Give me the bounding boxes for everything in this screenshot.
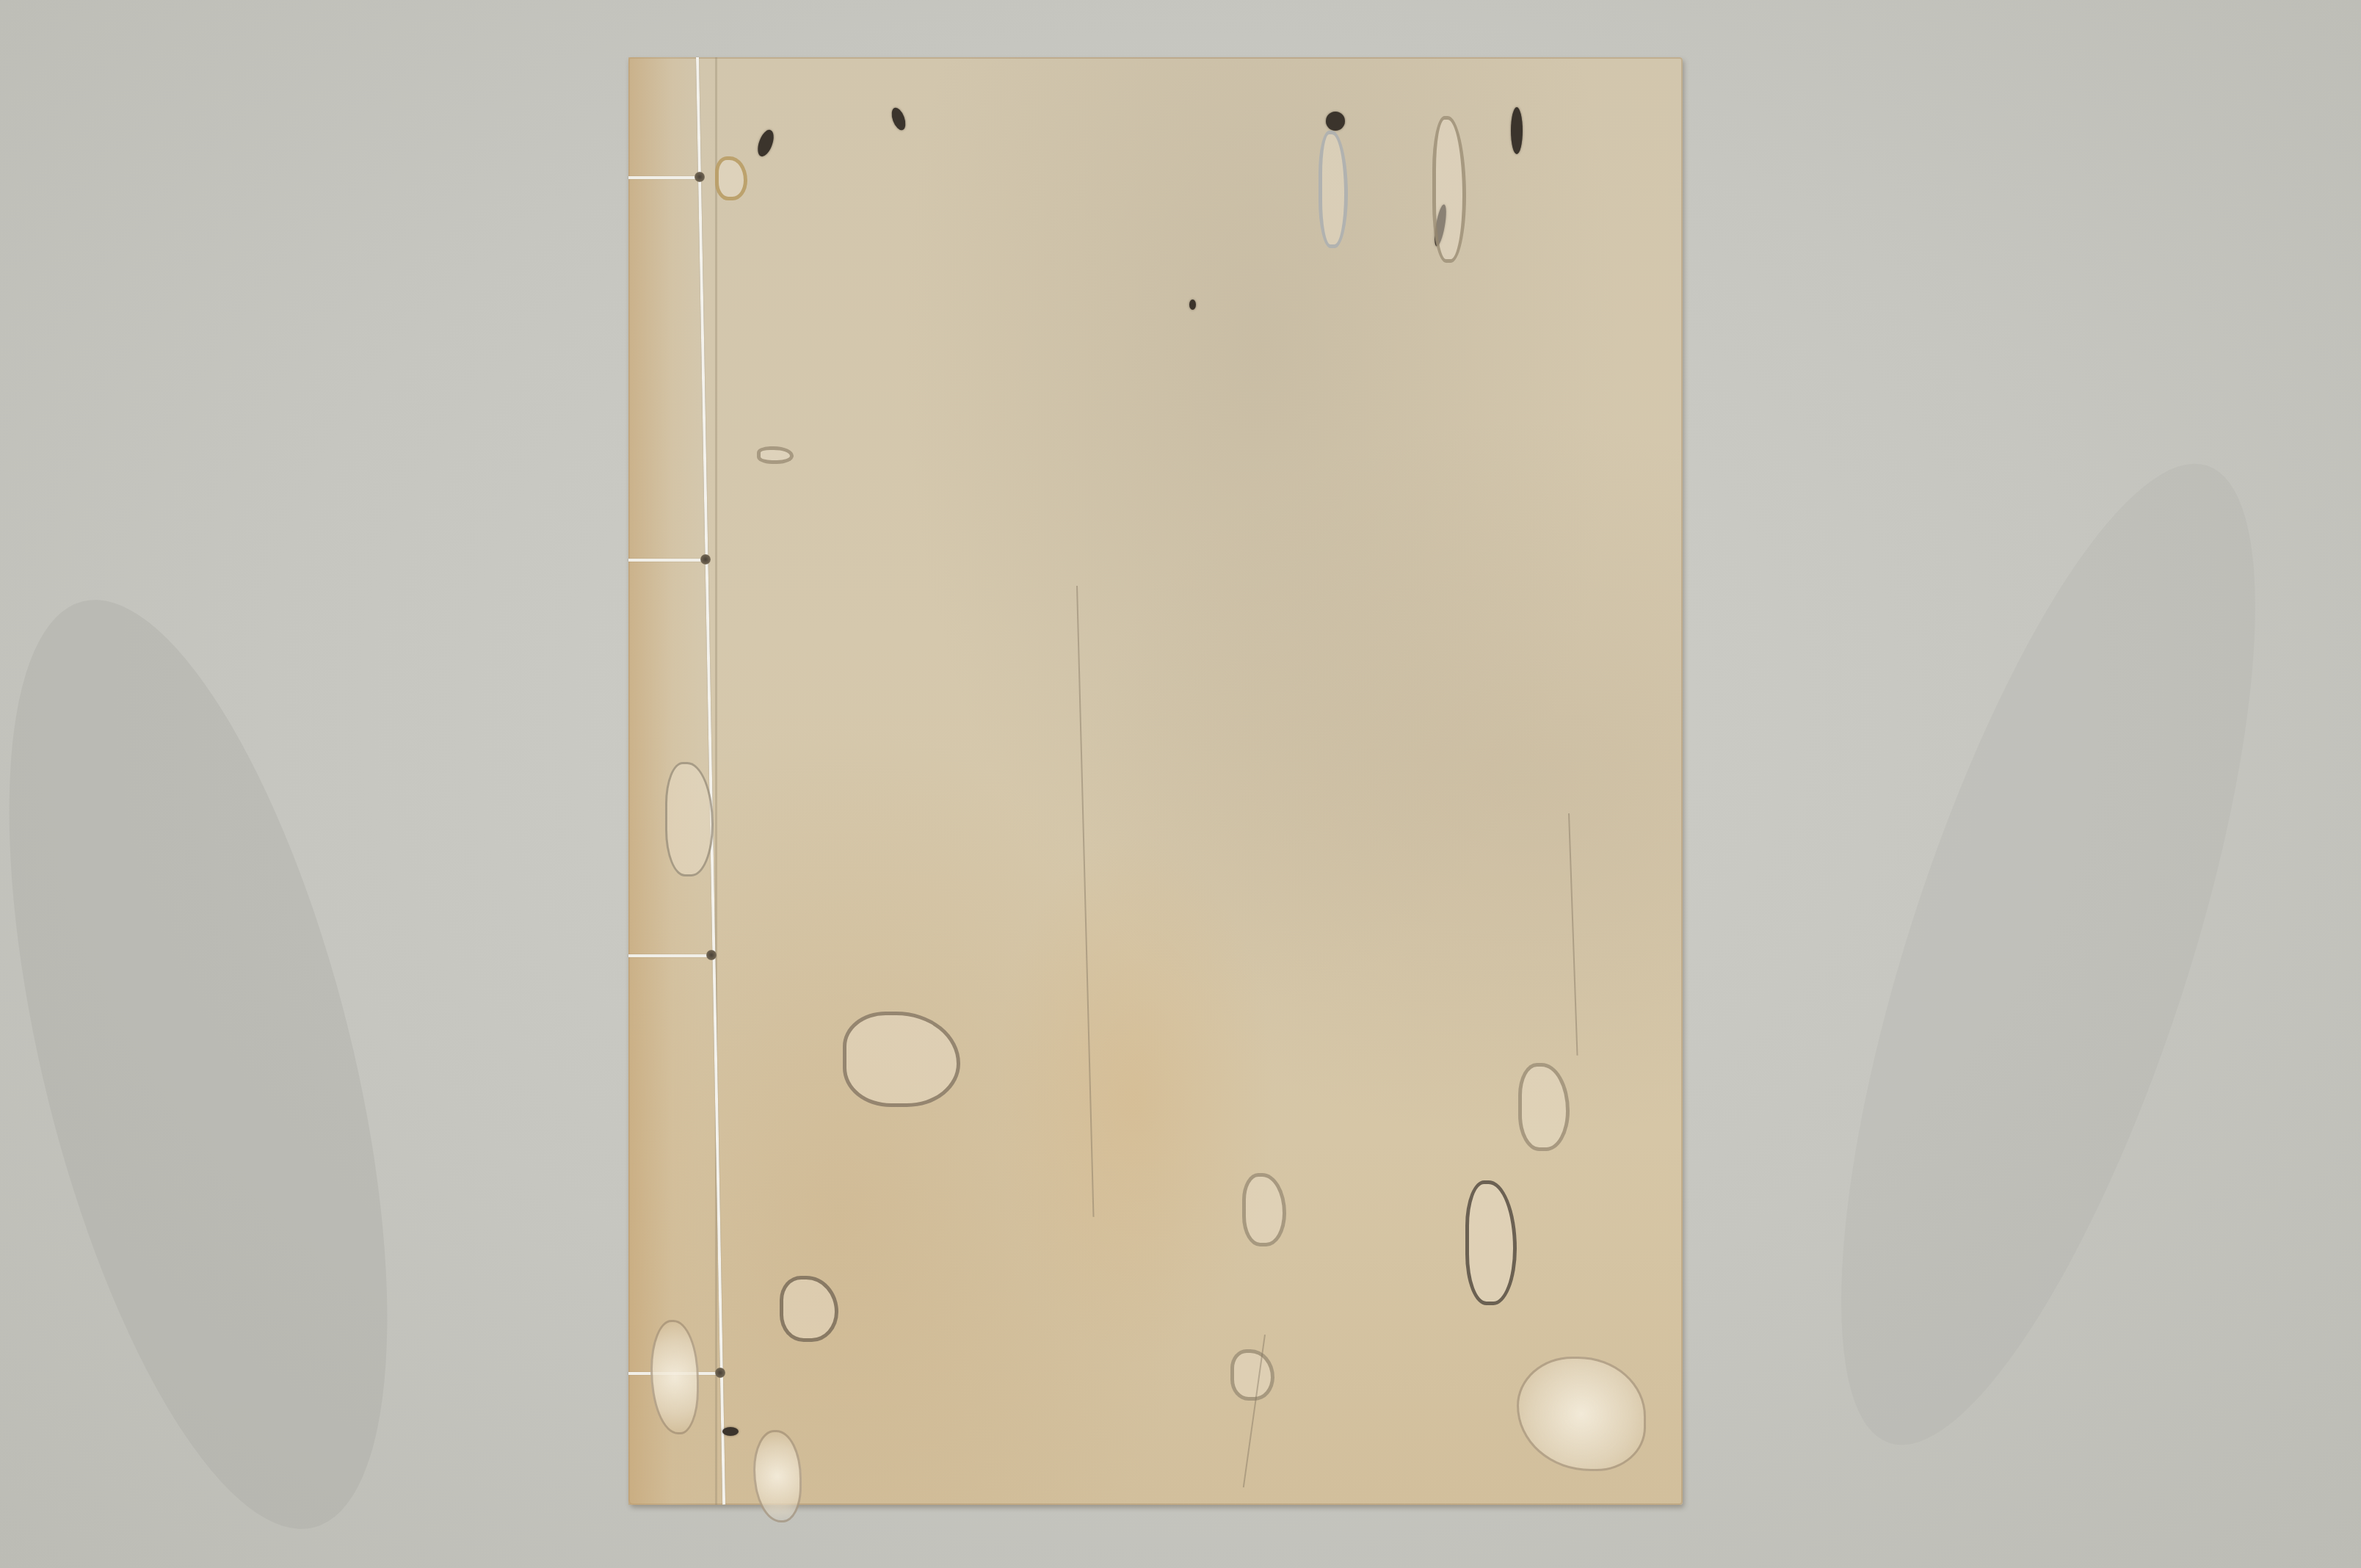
- worm-trail: [843, 1012, 960, 1107]
- backdrop-shadow: [0, 565, 463, 1565]
- book-cover: [628, 57, 1683, 1505]
- stitch-hole-2: [700, 554, 711, 565]
- wormhole: [1511, 107, 1523, 154]
- worm-trail: [1465, 1180, 1517, 1305]
- worm-trail: [780, 1276, 838, 1342]
- worm-trail: [1432, 116, 1466, 263]
- worm-trail: [715, 156, 747, 200]
- damage-patch: [753, 1430, 802, 1522]
- worm-trail: [1242, 1173, 1286, 1246]
- worm-trail: [1319, 131, 1348, 248]
- damage-patch: [1517, 1357, 1646, 1471]
- wormhole: [1189, 300, 1196, 310]
- worm-trail: [1230, 1349, 1274, 1401]
- binding-thread-stitch-3: [628, 954, 711, 957]
- scratch: [1076, 586, 1095, 1217]
- binding-thread-stitch-1: [628, 176, 700, 179]
- stitch-hole-4: [715, 1368, 725, 1378]
- stitch-hole-1: [694, 172, 705, 182]
- stitch-hole-3: [706, 950, 717, 960]
- binding-thread-stitch-2: [628, 559, 705, 562]
- worm-trail: [665, 762, 714, 876]
- wormhole: [722, 1427, 739, 1436]
- scratch: [1568, 813, 1578, 1056]
- worm-trail: [1518, 1063, 1570, 1151]
- wormhole: [755, 128, 777, 159]
- wormhole: [889, 106, 908, 132]
- backdrop-shadow: [1757, 423, 2340, 1487]
- worm-trail: [757, 446, 794, 464]
- spine-fold-line: [715, 57, 717, 1505]
- wormhole: [1326, 112, 1345, 131]
